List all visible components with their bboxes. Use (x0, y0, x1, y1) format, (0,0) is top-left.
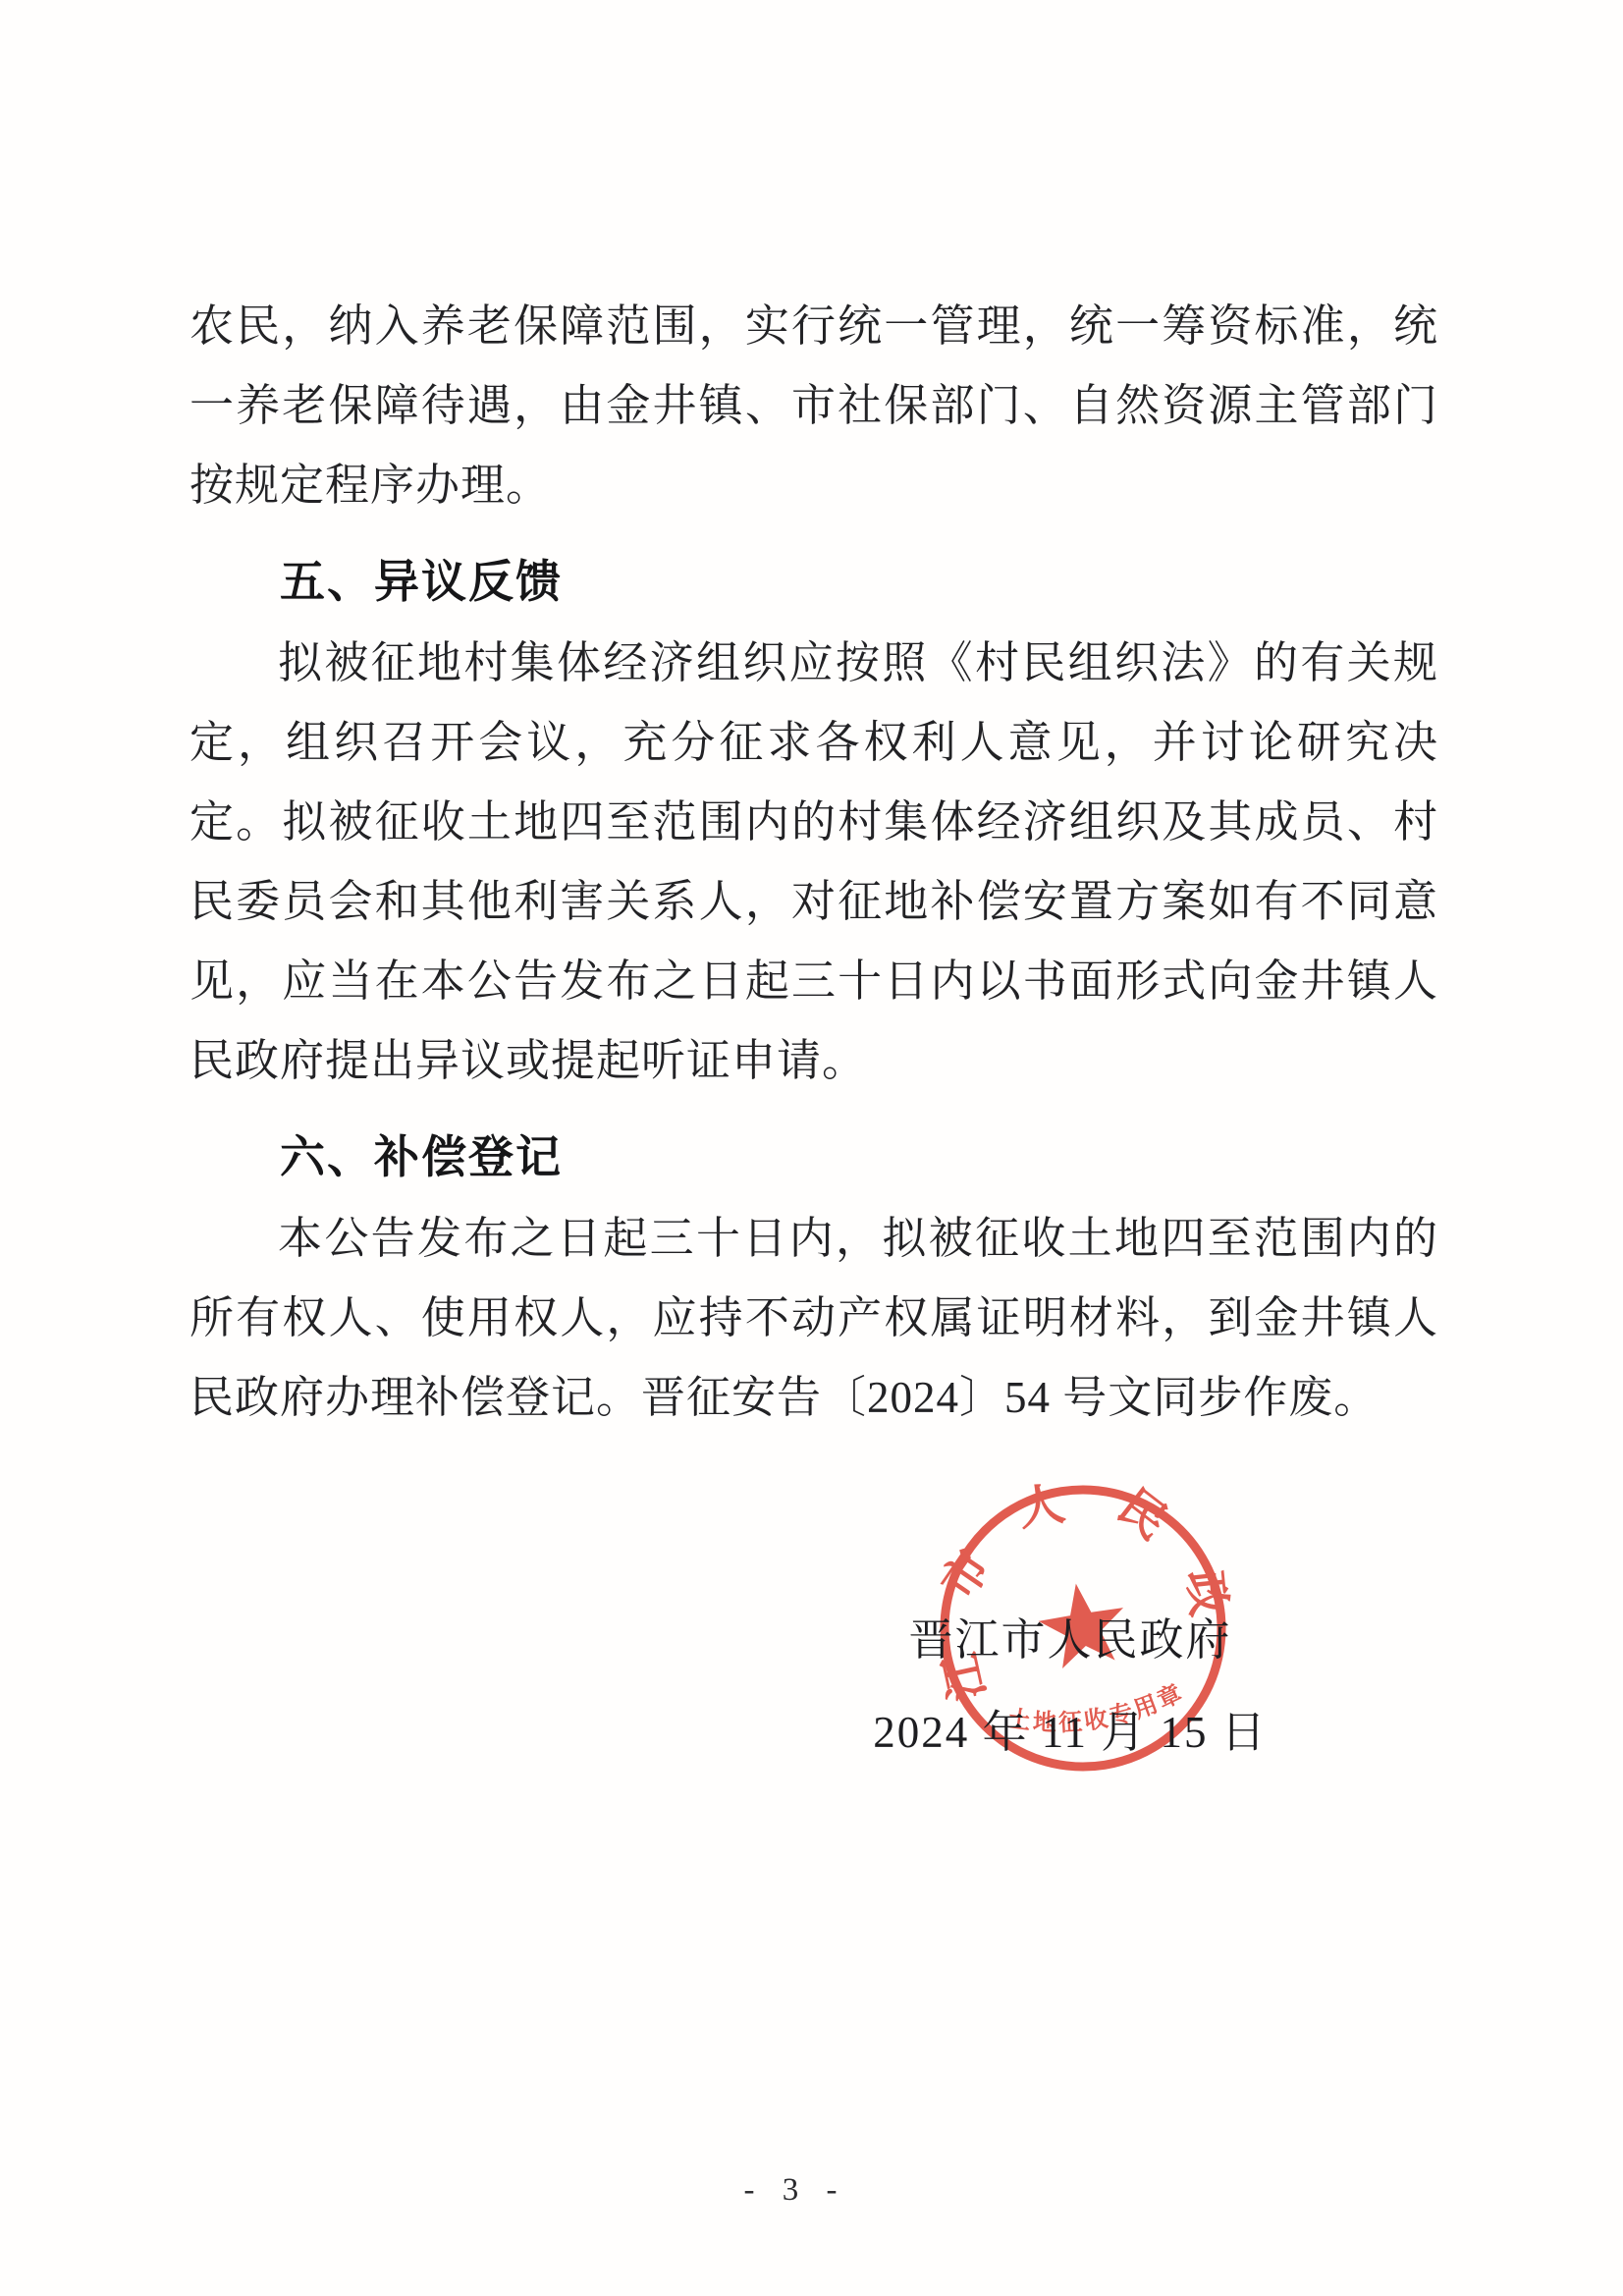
paragraph-compensation-registration: 本公告发布之日起三十日内，拟被征收土地四至范围内的所有权人、使用权人，应持不动产… (189, 1199, 1438, 1438)
section-6-heading: 六、补偿登记 (280, 1126, 1438, 1187)
document-body: 农民，纳入养老保障范围，实行统一管理，统一筹资标准，统一养老保障待遇，由金井镇、… (189, 287, 1438, 1438)
signature-block: 晋江市人民政府 2024 年 11 月 15 日 (862, 1613, 1278, 1760)
paragraph-objection-feedback: 拟被征地村集体经济组织应按照《村民组织法》的有关规定，组织召开会议，充分征求各权… (189, 624, 1438, 1101)
document-page: 农民，纳入养老保障范围，实行统一管理，统一筹资标准，统一养老保障待遇，由金井镇、… (0, 0, 1623, 2296)
issue-date: 2024 年 11 月 15 日 (862, 1705, 1278, 1760)
issuer-name: 晋江市人民政府 (862, 1613, 1278, 1667)
page-number: - 3 - (0, 2172, 1591, 2209)
section-5-heading: 五、异议反馈 (280, 551, 1438, 612)
paragraph-pension-continuation: 农民，纳入养老保障范围，实行统一管理，统一筹资标准，统一养老保障待遇，由金井镇、… (189, 287, 1438, 525)
